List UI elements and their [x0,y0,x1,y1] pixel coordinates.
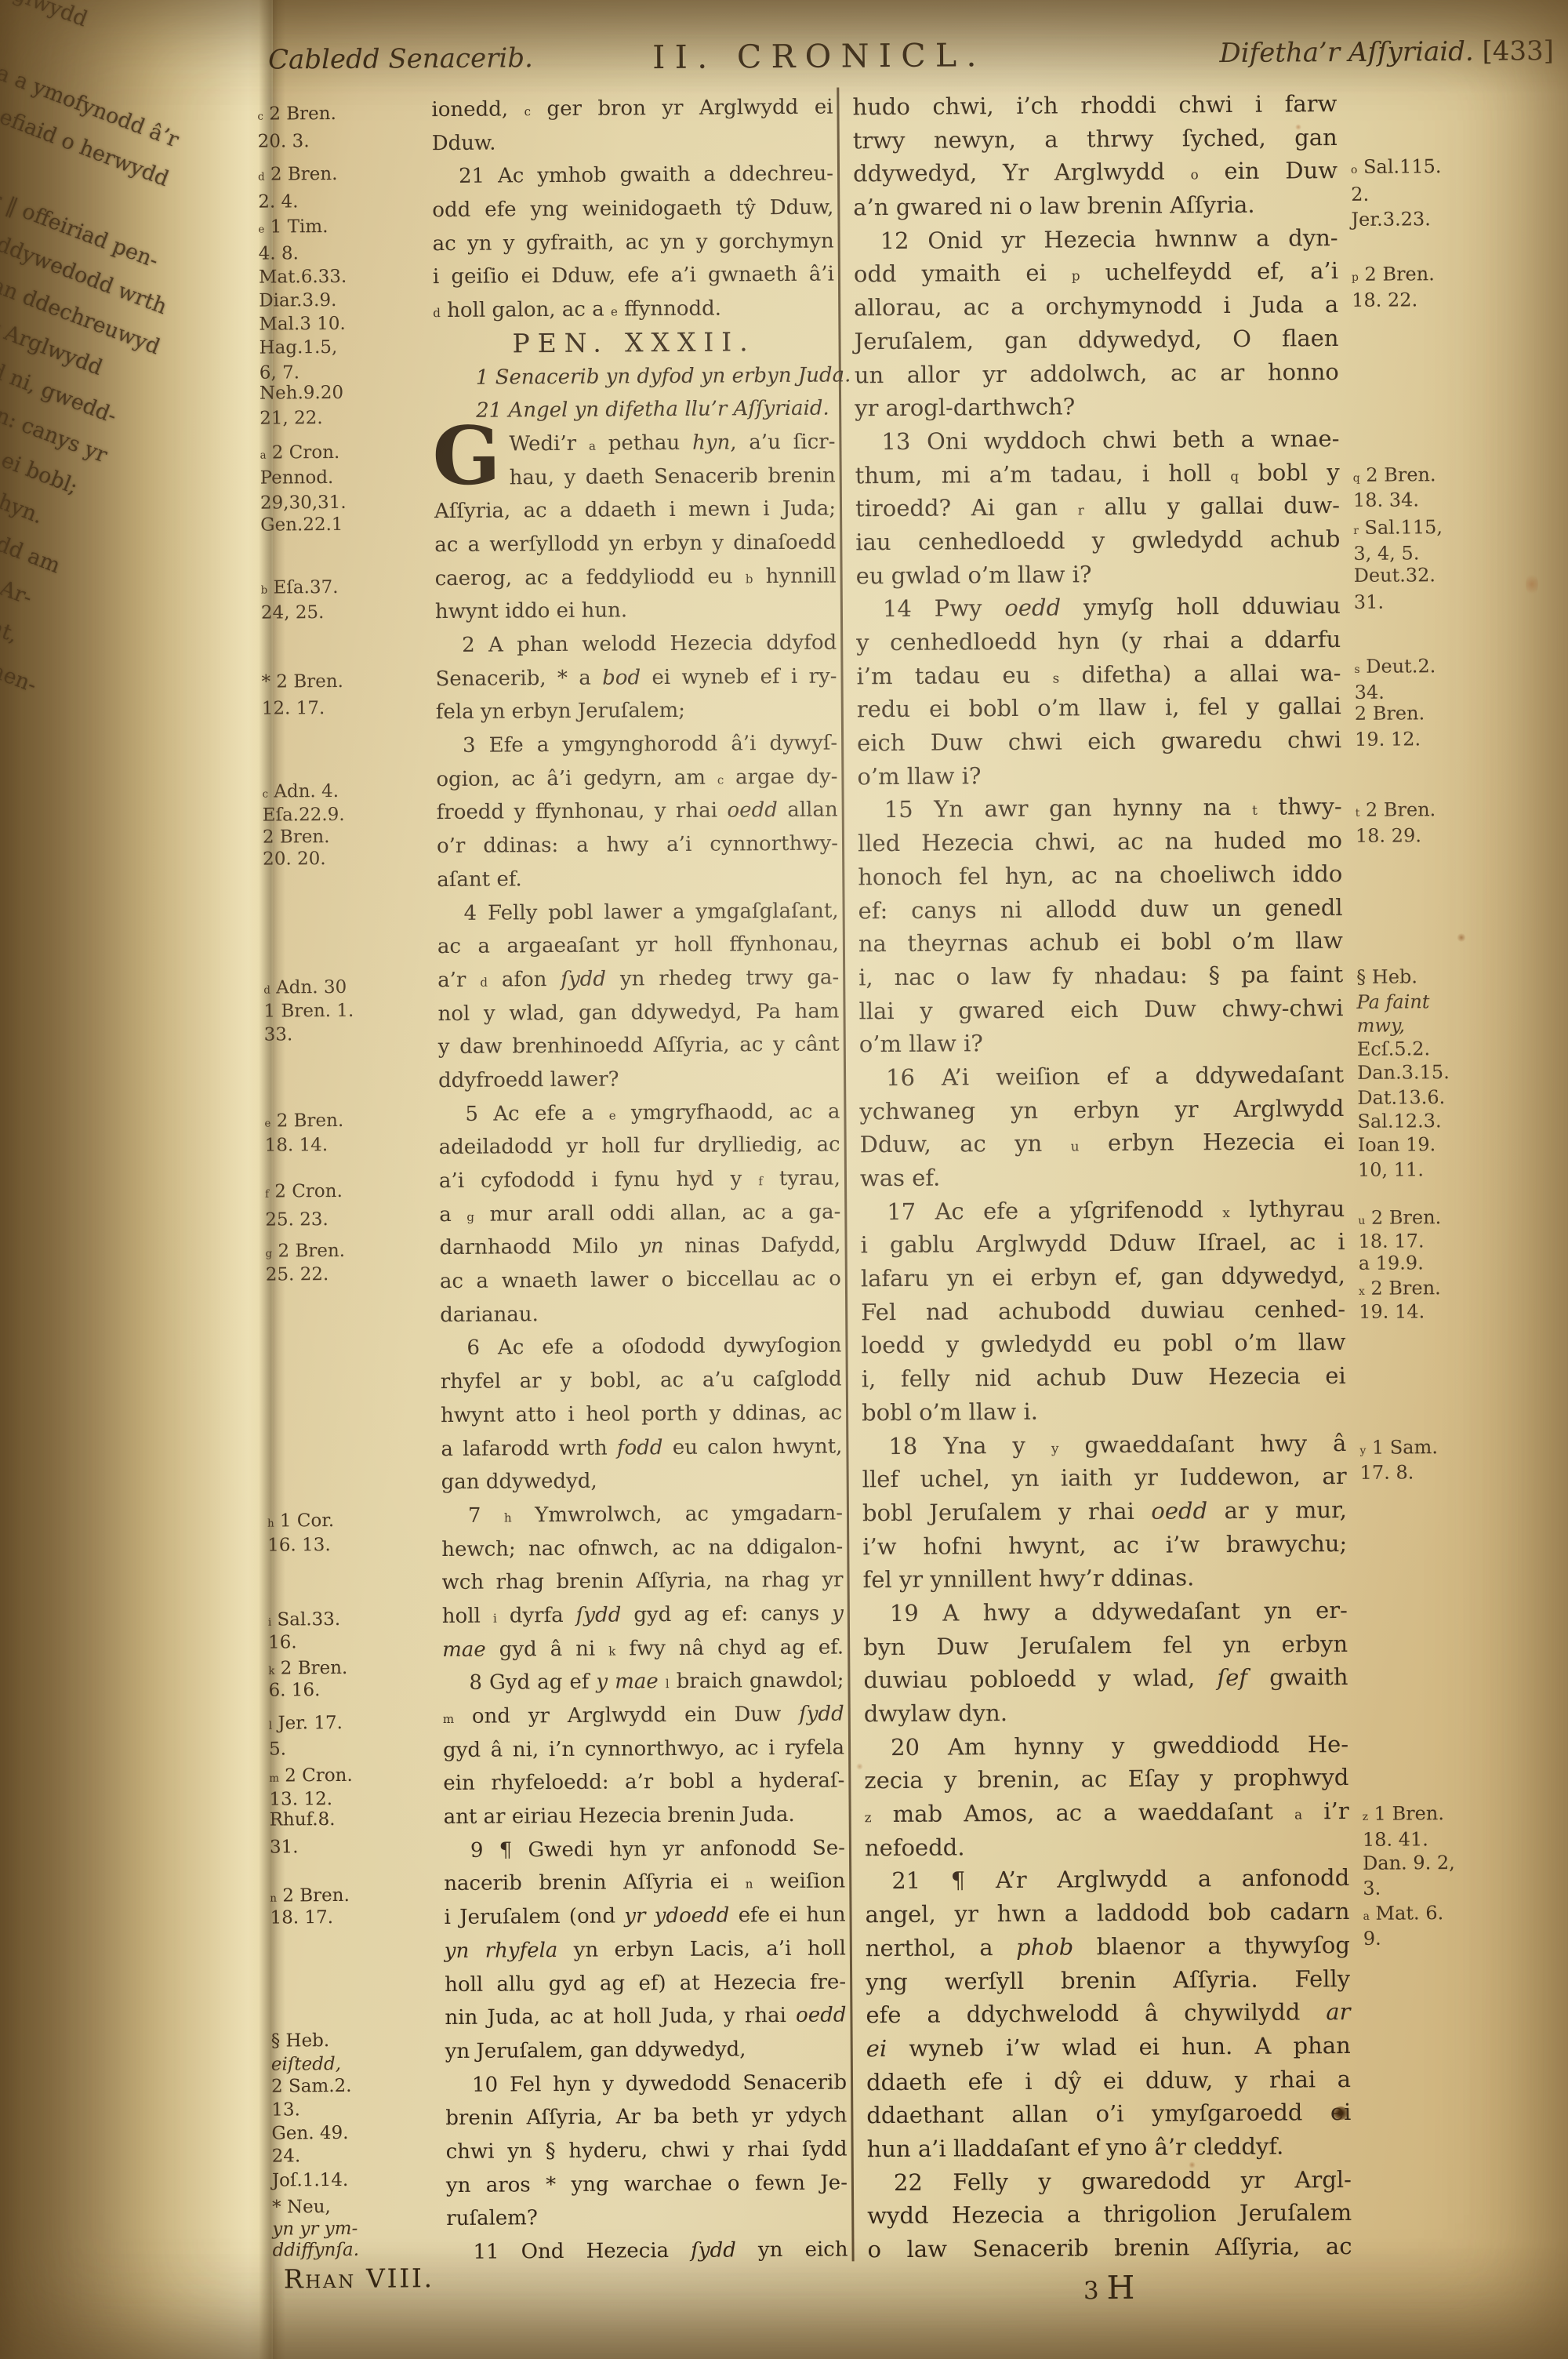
margin-note: 5. [269,1739,286,1759]
margin-note: o Sal.115. [1351,156,1442,177]
text-line: 2 A phan welodd Hezecia ddyfod [435,627,837,663]
margin-note: p 2 Bren. [1352,264,1435,285]
margin-note: t 2 Bren. [1356,799,1436,820]
text-line: ruſalem? [446,2200,848,2236]
margin-note: Dat.13.6. [1357,1087,1445,1108]
margin-note: Gen.22.1 [260,514,343,536]
text-line: rhyfel ar y bobl, ac a’u caſglodd [441,1363,842,1399]
margin-note: k 2 Bren. [268,1658,347,1679]
margin-note: 18. 22. [1352,289,1417,311]
text-line: a lafarodd wrth fodd eu calon hwynt, [441,1430,842,1466]
margin-note: Ioan 19. [1358,1134,1436,1155]
text-line: brenin Aſſyria, Ar ba beth yr ydych [445,2099,847,2135]
margin-note: Eſa.22.9. [263,805,345,826]
text-line: odd efe yng weinidogaeth tŷ Dduw, [432,191,833,227]
text-line: z mab Amos, ac a waeddaſant a i’r [865,1794,1349,1831]
text-line: bobl Jeruſalem y rhai oedd ar y mur, [862,1493,1347,1530]
text-line: i’w hofni hwynt, ac i’w brawychu; [862,1527,1347,1564]
text-line: ionedd, c ger bron yr Arglwydd ei [431,91,833,127]
text-line: PEN. XXXII. [433,325,834,361]
text-line: yn rhyfela yn erbyn Lacis, a’i holl [445,1932,846,1968]
page-sheet: Cabledd Senacerib. II. CRONICL. Difetha’… [0,0,1568,2359]
text-line: a’i cyfododd i fynu hyd y f tyrau, [439,1161,840,1198]
margin-note: u 2 Bren. [1358,1207,1441,1228]
page-title: II. CRONICL. [635,36,1004,76]
margin-note: y 1 Sam. [1359,1437,1438,1458]
text-line: bobl o’m llaw i. [862,1393,1346,1430]
margin-note: r Sal.115, [1353,517,1443,538]
text-line: nerthol, a phob blaenor a thywyſog [866,1928,1350,1965]
margin-note: 16. [268,1632,297,1652]
right-margin-notes: o Sal.115.2.Jer.3.23.p 2 Bren.18. 22.q 2… [1349,0,1568,2355]
text-line: 22 Felly y gwaredodd yr Argl- [867,2163,1352,2200]
text-line: 12 Onid yr Hezecia hwnnw a dyn- [853,221,1338,258]
margin-note: Pa faint [1356,991,1429,1012]
catchword: 3 H [1083,2269,1135,2306]
text-line: aſant ef. [437,860,838,896]
text-line: nol y wlad, gan ddywedyd, Pa ham [437,994,839,1030]
margin-note: 33. [264,1024,293,1045]
text-line: gyd â ni, i’n cynnorthwyo, ac i ryfela [443,1731,844,1767]
drop-cap: G [432,422,505,490]
text-line: thum, mi a’m tadau, i holl q bobl y [855,456,1340,493]
text-line: yn Jeruſalem, gan ddywedyd, [445,2032,847,2068]
text-line: hwynt iddo ei hun. [435,593,837,629]
text-line: ddaethant allan o’i ymyſgaroedd ei [866,2095,1351,2132]
margin-note: a Mat. 6. [1363,1903,1443,1924]
text-line: dwylaw dyn. [864,1694,1348,1731]
text-line: a’n gwared ni o law brenin Aſſyria. [853,187,1338,224]
text-line: Fel nad achubodd duwiau cenhed- [861,1292,1345,1329]
text-line: a g mur arall oddi allan, ac a ga- [439,1195,840,1231]
margin-note: Joſ.1.14. [272,2170,349,2191]
margin-note: yn yr ym- [272,2219,358,2240]
text-line: ant ar eiriau Hezecia brenin Juda. [444,1798,845,1834]
text-line: tiroedd? Ai gan r allu y gallai duw- [855,489,1340,525]
text-line: nefoedd. [865,1828,1349,1865]
margin-note: § Heb. [271,2030,330,2052]
text-line: 21 Ac ymhob gwaith a ddechreu- [432,158,833,194]
margin-note: i Sal.33. [268,1609,340,1630]
margin-note: 16. 13. [267,1535,331,1556]
text-line: yr arogl-darthwch? [855,388,1339,425]
text-line: allorau, ac a orchymynodd i Juda a [854,288,1338,325]
text-line: trwy newyn, a thrwy ſyched, gan [853,121,1338,158]
text-line: wydd Hezecia a thrigolion Jeruſalem [867,2196,1352,2233]
text-line: eich Duw chwi eich gwaredu chwi [857,723,1341,760]
margin-note: 2. 4. [258,191,298,212]
margin-note: Rhuf.8. [270,1809,336,1830]
text-line: i Jeruſalem (ond yr ydoedd efe ei hun [444,1899,845,1935]
text-line: iau cenhedloedd y gwledydd achub [855,522,1340,559]
margin-note: ddiffynſa. [272,2240,359,2261]
margin-note: Sal.12.3. [1357,1110,1441,1132]
margin-note: x 2 Bren. [1359,1278,1441,1299]
text-line: 14 Pwy oedd ymyſg holl dduwiau [856,589,1341,626]
margin-note: Jer.3.23. [1351,209,1431,230]
text-line: 15 Yn awr gan hynny na t thwy- [858,790,1342,827]
text-line: 4 Felly pobl lawer a ymgaſglaſant, [437,894,838,930]
text-line: angel, yr hwn a laddodd bob cadarn [865,1895,1349,1932]
margin-note: 18. 14. [265,1135,328,1156]
text-line: llef uchel, yn iaith yr Iuddewon, ar [862,1459,1347,1496]
margin-note: c 2 Bren. [257,104,336,125]
text-line: 9 ¶ Gwedi hyn yr anfonodd Se- [444,1831,845,1867]
text-line: ddaeth efe i dŷ ei dduw, y rhai a [866,2063,1351,2099]
margin-note: 9. [1363,1928,1381,1949]
text-line: fel yr ynnillent hwy’r ddinas. [862,1560,1347,1597]
margin-note: 18. 34. [1353,489,1419,511]
text-line: 21 ¶ A’r Arglwydd a anfonodd [865,1861,1349,1898]
text-line: y cenhedloedd hyn (y rhai a ddarfu [856,623,1341,660]
text-line: mae gyd â ni k fwy nâ chyd ag ef. [442,1630,844,1667]
margin-note: Diar.3.9. [259,290,336,311]
text-line: chwi yn § hyderu, chwi y rhai ſydd [445,2132,847,2168]
text-line: i geiſio ei Dduw, efe a’i gwnaeth â’i [433,258,834,294]
text-line: odd ymaith ei p uchelfeydd ef, a’i [854,254,1338,291]
margin-note: c Adn. 4. [262,781,339,802]
text-line: holl i dyrfa ſydd gyd ag ef: canys y [442,1597,844,1633]
text-line: efe a ddychwelodd â chywilydd ar [866,1995,1350,2032]
margin-note: 20. 20. [263,849,326,870]
text-line: froedd y ffynhonau, y rhai oedd allan [437,794,838,830]
text-line: ac a wnaeth lawer o biccellau ac o [440,1263,841,1299]
text-line: Senacerib, * a bod ei wyneb ef i ry- [435,660,837,696]
text-line: o law Senacerib brenin Aſſyria, ac [867,2230,1352,2266]
text-line: redu ei bobl o’m llaw i, fel y gallai [857,689,1341,726]
margin-note: 18. 41. [1363,1829,1428,1850]
text-line: eu gwlad o’m llaw i? [855,556,1340,593]
text-line: 6 Ac efe a oſododd dywyſogion [440,1329,841,1365]
text-line: hun a’i lladdaſant ef yno â’r cleddyf. [866,2129,1351,2166]
margin-note: a 19.9. [1359,1252,1424,1274]
margin-note: § Heb. [1356,966,1417,987]
text-line: ogion, ac â’i gedyrn, am c argae dy- [436,760,837,796]
margin-note: 6, 7. [260,362,299,383]
catchword-letter: H [1106,2269,1134,2306]
margin-note: h 1 Cor. [267,1510,334,1532]
margin-note: * Neu, [272,2197,331,2218]
text-line: yng werſyll brenin Aſſyria. Felly [866,1961,1350,1998]
margin-note: Ecſ.5.2. [1357,1038,1430,1060]
text-line: ac yn y gyfraith, ac yn y gorchymyn [433,224,834,260]
text-line: 10 Fel hyn y dywedodd Senacerib [445,2066,847,2102]
signature-mark: Rhan VIII. [284,2263,434,2294]
margin-note: m 2 Cron. [269,1765,353,1787]
margin-note: s Deut.2. [1354,656,1436,677]
text-line: honoch fel hyn, ac na choeliwch iddo [858,857,1342,894]
margin-note: 34. [1355,682,1385,703]
margin-note: 29,30,31. [260,493,347,514]
margin-note: b Eſa.37. [261,577,339,598]
margin-note: 18. 17. [1358,1230,1424,1252]
text-line: adeiladodd yr holl fur drylliedig, ac [439,1129,840,1165]
text-line: 16 A’i weiſion ef a ddywedaſant [859,1058,1344,1095]
text-line: fela yn erbyn Jeruſalem; [436,693,837,729]
text-line: ein rhyfeloedd: a’r bobl a hyderaſ- [443,1765,844,1801]
margin-note: Neh.9.20 [260,383,343,404]
margin-note: 13. 12. [269,1789,332,1810]
text-line: 20 Am hynny y gweddiodd He- [864,1728,1348,1765]
margin-note: Gen. 49. [271,2123,348,2144]
text-line: ddyfroedd lawer? [438,1061,840,1097]
text-line: d holl galon, ac a e ffynnodd. [433,292,834,328]
text-line: hwynt atto i heol porth y ddinas, ac [441,1396,842,1432]
text-line: 11 Ond Hezecia ſydd yn eich [446,2233,848,2269]
margin-note: d Adn. 30 [263,977,347,998]
margin-note: Mal.3 10. [259,314,346,335]
margin-note: 2 Bren. [1355,703,1425,724]
text-line: ac a argaeaſant yr holl ffynhonau, [437,928,839,964]
text-line: o’m llaw i? [859,1024,1344,1061]
margin-note: e 2 Bren. [264,1110,343,1132]
text-line: i, nac o law fy nhadau: § pa faint [858,958,1343,994]
margin-note: 21, 22. [260,408,323,429]
margin-note: 1 Bren. 1. [263,1001,354,1022]
text-line: Dduw. [432,124,833,160]
text-line: ychwaneg yn erbyn yr Arglwydd [859,1092,1344,1129]
text-line: 8 Gyd ag ef y mae l braich gnawdol; [442,1664,844,1700]
margin-note: Hag.1.5, [259,337,337,358]
margin-note: 10, 11. [1358,1159,1424,1180]
margin-note: 6. 16. [268,1680,320,1700]
margin-note: z 1 Bren. [1363,1803,1444,1824]
margin-note: 4. 8. [259,243,299,264]
text-line: hudo chwi, i’ch rhoddi chwi i farw [852,87,1337,124]
margin-note: a 2 Cron. [260,442,339,463]
margin-note: 18. 29. [1356,825,1421,846]
text-line: ac a werſyllodd yn erbyn y dinaſoedd [434,525,836,562]
text-line: ef: canys ni allodd duw un genedl [858,891,1342,928]
margin-note: * 2 Bren. [261,671,343,692]
text-line: caerog, ac a feddyliodd eu b hynnill [434,559,836,595]
text-line: yn aros * yng warchae o fewn Je- [446,2166,848,2202]
margin-note: f 2 Cron. [265,1181,343,1202]
margin-note: 2 Sam.2. [271,2076,352,2097]
text-line: y daw brenhinoedd Aſſyria, ac y cânt [438,1028,840,1064]
margin-note: Dan. 9. 2, [1363,1852,1455,1874]
text-line: na theyrnas achub ei bobl o’m llaw [858,924,1343,961]
book-page-photo: iant yr Arglwyddol Iſrael.9 A Hezecia a … [0,0,1568,2359]
text-line: Dduw, ac yn u erbyn Hezecia ei [860,1125,1345,1161]
margin-note: 25. 23. [265,1209,328,1230]
text-line: 3 Efe a ymgynghorodd â’i dywyſ- [436,727,837,763]
text-line: darnhaodd Milo yn ninas Dafydd, [439,1229,840,1265]
text-line: o’r ddinas: a hwy a’i cynnorthwy- [437,827,838,863]
margin-note: d 2 Bren. [258,164,338,185]
text-line: o’m llaw i? [857,757,1341,794]
margin-note: q 2 Bren. [1353,464,1436,485]
margin-note: eiſtedd, [271,2054,341,2075]
margin-note: g 2 Bren. [266,1241,346,1262]
margin-note: 19. 12. [1355,729,1421,750]
margin-note: n 2 Bren. [270,1885,350,1906]
margin-note: 13. [271,2099,300,2120]
catchword-number: 3 [1083,2277,1099,2305]
margin-note: 31. [1354,592,1384,612]
margin-note: Deut.32. [1354,565,1436,586]
margin-note: 2 Bren. [263,827,330,848]
margin-note: Dan.3.15. [1357,1062,1450,1083]
text-line: un allor yr addolwch, ac ar honno [855,355,1339,392]
text-line: nin Juda, ac at holl Juda, y rhai oedd [445,1999,846,2035]
margin-note: 12. 17. [262,698,325,719]
text-line: duwiau pobloedd y wlad, ſef gwaith [863,1660,1348,1697]
text-line: 5 Ac efe a e ymgryfhaodd, ac a [438,1095,840,1131]
text-line: was ef. [860,1158,1345,1195]
margin-note: 31. [270,1837,299,1857]
left-margin-notes: c 2 Bren.20. 3.d 2 Bren.2. 4.e 1 Tim.4. … [257,2,440,2359]
text-line: m ond yr Arglwydd ein Duw ſydd [443,1697,844,1733]
text-line: zecia y brenin, ac Eſay y prophwyd [864,1761,1348,1797]
text-line: 19 A hwy a ddywedaſant yn er- [863,1594,1348,1630]
text-line: 7 h Ymwrolwch, ac ymgadarn- [441,1496,843,1532]
margin-note: 3, 4, 5. [1353,543,1419,564]
text-line: i’m tadau eu s difetha) a allai wa- [856,656,1341,693]
text-line: wch rhag brenin Aſſyria, na rhag yr [441,1564,843,1600]
text-line: 1 Senacerib yn dyfod yn erbyn Juda. [434,358,835,394]
text-line: i gablu Arglwydd Dduw Iſrael, ac i [860,1225,1345,1262]
margin-note: 20. 3. [258,131,310,151]
text-line: gan ddywedyd, [441,1463,843,1499]
margin-note: 24. [272,2146,301,2166]
margin-note: 18. 17. [270,1907,333,1928]
text-column-right: hudo chwi, i’ch rhoddi chwi i farwtrwy n… [852,87,1352,2266]
text-line: llai y gwared eich Duw chwy-chwi [858,991,1343,1028]
text-line: lled Hezecia chwi, ac na huded mo [858,823,1342,860]
text-line: 17 Ac efe a yſgrifenodd x lythyrau [860,1192,1345,1229]
text-line: hewch; nac ofnwch, ac na ddigalon- [441,1530,843,1566]
margin-note: l Jer. 17. [269,1713,343,1734]
margin-note: mwy, [1357,1015,1405,1035]
margin-note: Mat.6.33. [259,267,347,288]
text-line: darianau. [440,1296,841,1332]
margin-note: 17. 8. [1360,1462,1414,1482]
margin-note: 3. [1363,1878,1381,1899]
text-line: nacerib brenin Aſſyria ei n weiſion [444,1865,845,1901]
margin-note: e 1 Tim. [258,216,328,238]
margin-note: Pennod. [260,467,334,489]
text-line: a’r d afon ſydd yn rhedeg trwy ga- [437,961,839,997]
text-line: byn Duw Jeruſalem fel yn erbyn [863,1627,1348,1664]
margin-note: 24, 25. [261,602,325,623]
text-line: 18 Yna y y gwaeddaſant hwy â [862,1427,1346,1463]
text-column-left: G ionedd, c ger bron yr Arglwydd eiDduw.… [431,91,848,2270]
margin-note: 19. 14. [1359,1301,1425,1322]
text-line: ddywedyd, Yr Arglwydd o ein Duw [853,154,1338,191]
text-line: ei wyneb i’w wlad ei hun. A phan [866,2029,1351,2066]
text-line: holl allu gyd ag ef) at Hezecia fre- [445,1965,846,2001]
text-line: loedd y gwledydd eu pobl o’m llaw [861,1325,1345,1362]
text-line: i, felly nid achub Duw Hezecia ei [862,1359,1346,1396]
margin-note: 25. 22. [266,1264,329,1285]
margin-note: 2. [1351,184,1369,205]
text-line: lafaru yn ei erbyn ef, gan ddywedyd, [861,1259,1345,1296]
text-line: 13 Oni wyddoch chwi beth a wnae- [855,422,1339,459]
text-line: Jeruſalem, gan ddywedyd, O flaen [854,322,1338,358]
